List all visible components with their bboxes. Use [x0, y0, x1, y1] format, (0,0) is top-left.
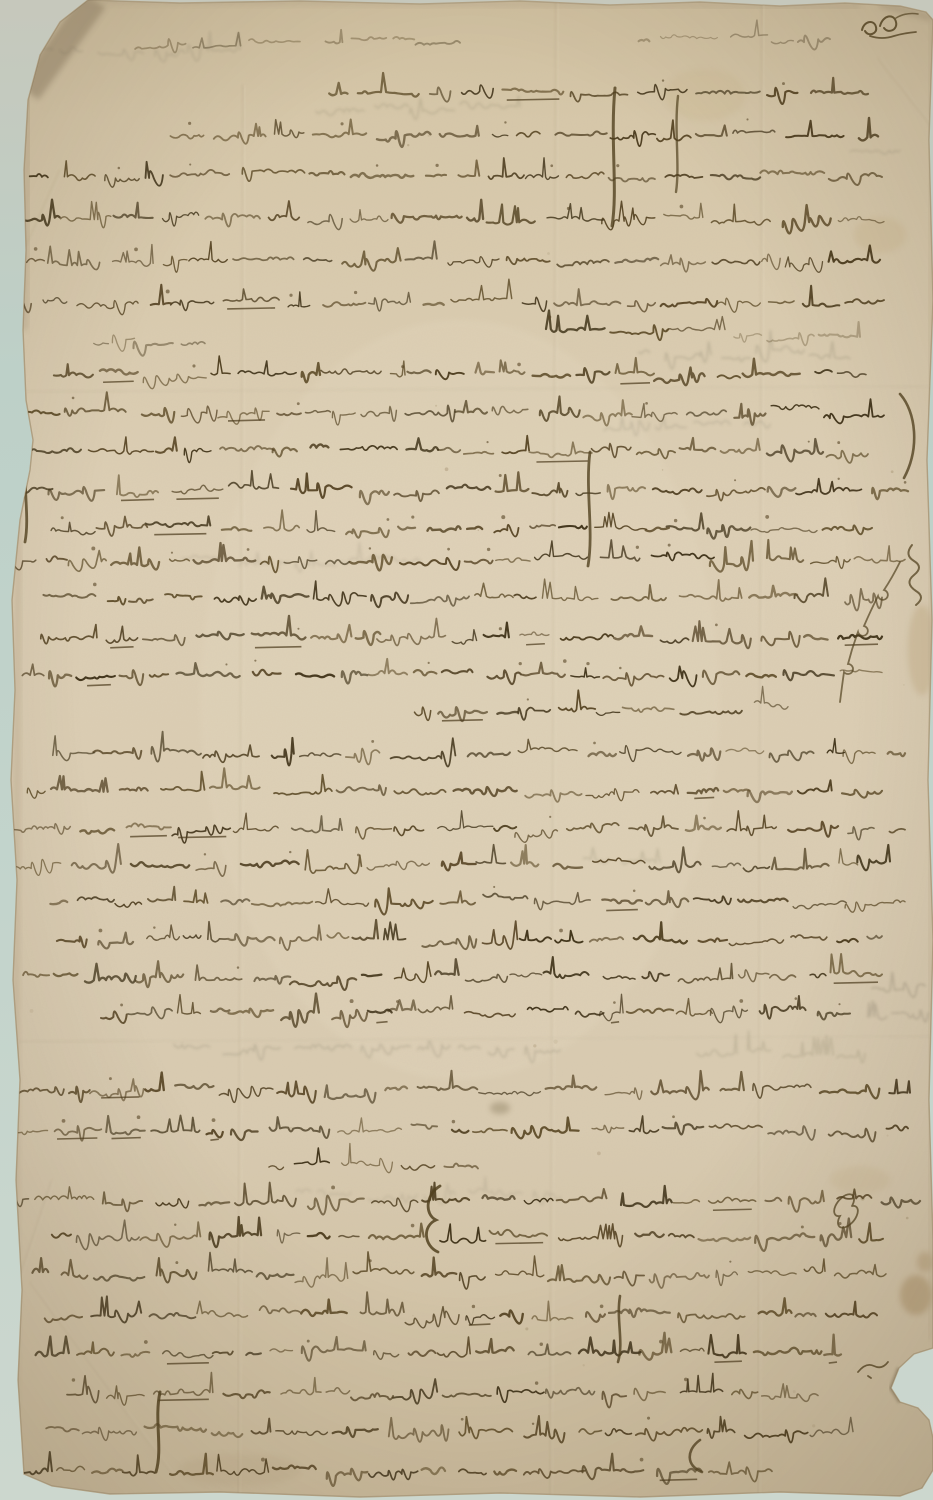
manuscript-photo: [0, 0, 933, 1500]
photo-vignette: [0, 0, 933, 1500]
manuscript-svg: [0, 0, 933, 1500]
